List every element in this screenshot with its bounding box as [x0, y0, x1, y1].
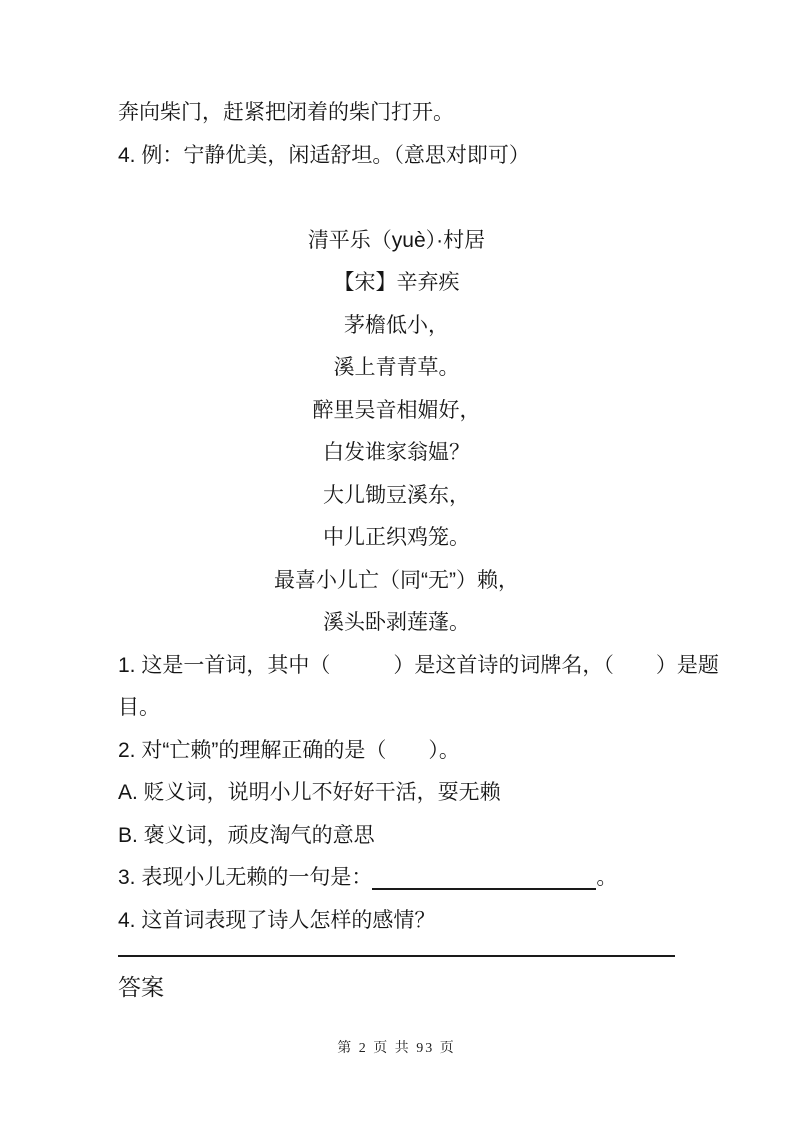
page-number-footer: 第 2 页 共 93 页 — [0, 1037, 793, 1057]
poem-line: 溪头卧剥莲蓬。 — [118, 602, 675, 645]
document-page: 奔向柴门，赶紧把闭着的柴门打开。 4. 例：宁静优美，闲适舒坦。（意思对即可） … — [0, 0, 793, 1122]
document-content: 奔向柴门，赶紧把闭着的柴门打开。 4. 例：宁静优美，闲适舒坦。（意思对即可） … — [118, 92, 675, 1008]
poem-line: 溪上青青草。 — [118, 347, 675, 390]
poem-line: 中儿正织鸡笼。 — [118, 517, 675, 560]
answer-blank-line — [372, 862, 596, 890]
question-3-period: 。 — [596, 866, 617, 889]
blank-line — [118, 177, 675, 220]
question-2: 2. 对“亡赖”的理解正确的是（ ）。 — [118, 730, 675, 773]
poem-line: 白发谁家翁媪？ — [118, 432, 675, 475]
section-divider — [118, 955, 675, 957]
question-1: 1. 这是一首词，其中（ ）是这首诗的词牌名，（ ）是题 — [118, 645, 675, 688]
poem-line: 醉里吴音相媚好， — [118, 390, 675, 433]
question-1-continued: 目。 — [118, 687, 675, 730]
question-3-text: 3. 表现小儿无赖的一句是： — [118, 866, 372, 889]
question-3: 3. 表现小儿无赖的一句是：。 — [118, 857, 675, 900]
poem-author: 【宋】辛弃疾 — [118, 262, 675, 305]
poem-line: 大儿锄豆溪东， — [118, 475, 675, 518]
answer-text-line: 奔向柴门，赶紧把闭着的柴门打开。 — [118, 92, 675, 135]
answer-text-line: 4. 例：宁静优美，闲适舒坦。（意思对即可） — [118, 135, 675, 178]
option-b: B. 褒义词，顽皮淘气的意思 — [118, 815, 675, 858]
option-a: A. 贬义词，说明小儿不好好干活，耍无赖 — [118, 772, 675, 815]
question-4: 4. 这首词表现了诗人怎样的感情？ — [118, 900, 675, 943]
poem-title: 清平乐（yuè）·村居 — [118, 220, 675, 263]
answers-section-heading: 答案 — [118, 966, 675, 1008]
poem-line: 茅檐低小， — [118, 305, 675, 348]
poem-line: 最喜小儿亡（同“无”）赖， — [118, 560, 675, 603]
